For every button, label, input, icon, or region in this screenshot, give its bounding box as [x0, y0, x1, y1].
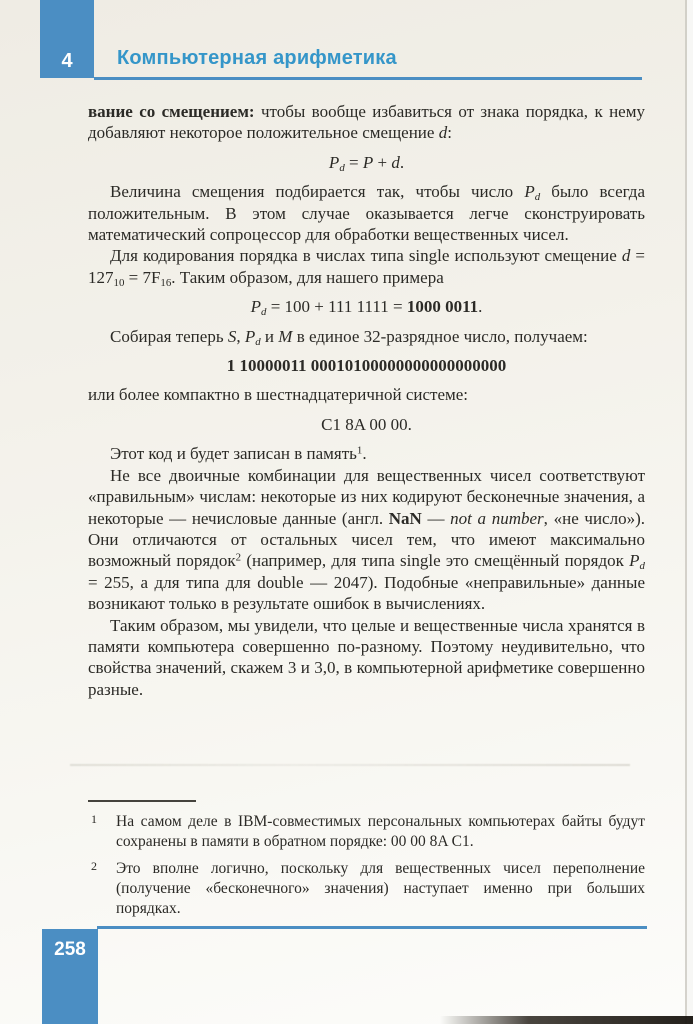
footnote-text: Это вполне логично, поскольку для вещест… — [116, 860, 645, 917]
page-number-box: 258 — [42, 929, 98, 1024]
paragraph-bias-intro: вание со смещением: чтобы вообще избавит… — [88, 101, 645, 144]
chapter-title: Компьютерная арифметика — [117, 47, 397, 70]
footnote-marker: 2 — [91, 856, 97, 876]
footnote: 2Это вполне логично, поскольку для вещес… — [88, 859, 645, 919]
chapter-number: 4 — [61, 51, 72, 71]
paragraph-nan: Не все двоичные комбинации для веществен… — [88, 465, 645, 615]
paragraph-hex-intro: или более компактно в шестнадцатеричной … — [88, 384, 645, 405]
chapter-number-box: 4 — [40, 0, 94, 78]
footer-rule — [97, 926, 647, 929]
footnote-separator — [88, 800, 196, 802]
page-number: 258 — [54, 940, 86, 959]
binary-code-line: 1 10000011 00010100000000000000000 — [88, 355, 645, 376]
footnote: 1На самом деле в IBM-совместимых персона… — [88, 812, 645, 852]
paragraph-single-bias: Для кодирования порядка в числах типа si… — [88, 245, 645, 288]
header-rule — [94, 77, 642, 80]
footnote-text: На самом деле в IBM-совместимых персонал… — [116, 813, 645, 850]
paragraph-bias-choice: Величина смещения подбирается так, чтобы… — [88, 181, 645, 245]
showthrough-rule — [70, 764, 630, 766]
scan-right-margin — [687, 0, 693, 1024]
formula-biased-exponent-example: Pd = 100 + 111 1111 = 1000 0011. — [88, 296, 645, 317]
footnotes-list: 1На самом деле в IBM-совместимых персона… — [88, 812, 645, 919]
main-text: вание со смещением: чтобы вообще избавит… — [88, 101, 645, 700]
footnotes-section: 1На самом деле в IBM-совместимых персона… — [88, 800, 645, 926]
paragraph-assemble-32bit: Собирая теперь S, Pd и M в единое 32-раз… — [88, 326, 645, 347]
page: { "colors": { "accent_blue": "#4b8ec3", … — [0, 0, 693, 1024]
paragraph-conclusion: Таким образом, мы увидели, что целые и в… — [88, 615, 645, 701]
scan-page-edge — [685, 0, 687, 1024]
paragraph-memory-note: Этот код и будет записан в память1. — [88, 443, 645, 464]
formula-biased-exponent: Pd = P + d. — [88, 152, 645, 173]
footnote-marker: 1 — [91, 809, 97, 829]
scan-bottom-shadow — [440, 1016, 693, 1024]
hex-code-line: C1 8A 00 00. — [88, 414, 645, 435]
